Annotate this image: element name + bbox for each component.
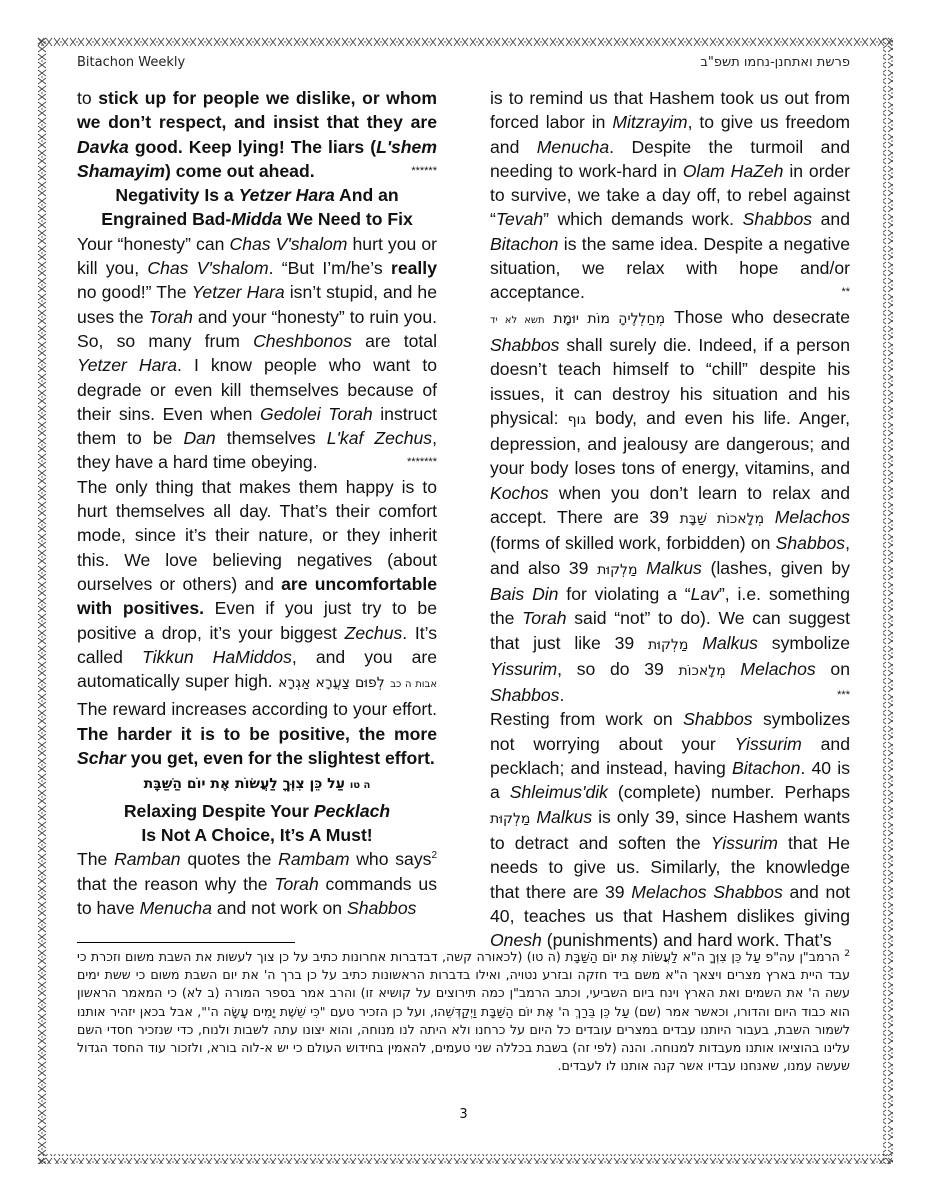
section-heading: עַל כֵּן צִוְּךָ לַעֲשׂוֹת אֶת יוֹם הַשַ… xyxy=(77,770,437,847)
italic-term: Zechus xyxy=(345,623,403,643)
italic-term: Rambam xyxy=(278,849,349,869)
italic-term: L'kaf Zechus xyxy=(327,428,432,448)
italic-term: Schar xyxy=(77,748,126,768)
italic-term: Malkus xyxy=(646,558,702,578)
italic-term: Olam HaZeh xyxy=(683,161,784,181)
paragraph: The only thing that makes them happy is … xyxy=(77,475,437,771)
hebrew-source-ref: תשא לא יד xyxy=(490,315,545,326)
section-separator: *** xyxy=(837,683,850,707)
footnote: 2 הרמב"ן עה"פ עַל כֵּן צִוְּךָ ה"א לַעֲש… xyxy=(77,948,850,1075)
italic-term: Ramban xyxy=(114,849,181,869)
italic-term: Shabbos xyxy=(743,209,812,229)
italic-term: Lav xyxy=(691,584,719,604)
italic-term: Shabbos xyxy=(683,709,752,729)
hebrew-word: גוף xyxy=(568,412,587,428)
text: symbolize xyxy=(758,633,850,653)
text: . xyxy=(559,685,564,705)
italic-term: Yetzer Hara xyxy=(192,282,285,302)
hebrew-word: מַלְקוּת xyxy=(648,637,688,653)
text: (lashes, given by xyxy=(702,558,850,578)
paragraph: Resting from work on Shabbos symbolizes … xyxy=(490,707,850,952)
footnote-marker: 2 xyxy=(844,949,850,959)
footnote-separator xyxy=(77,942,295,943)
section-separator: ******* xyxy=(407,450,437,474)
italic-term: Shabbos xyxy=(776,533,845,553)
hebrew-quote: לְפוּם צַעֲרָא אַגְרָא xyxy=(278,675,385,691)
text: , so do 39 xyxy=(557,659,678,679)
italic-term: Yissurim xyxy=(711,833,778,853)
text: and xyxy=(812,209,850,229)
italic-term: Yissurim xyxy=(735,734,802,754)
paragraph: Your “honesty” can Chas V'shalom hurt yo… xyxy=(77,232,437,475)
bold-text: you get, even for the slightest effort. xyxy=(126,748,435,768)
text: quotes the xyxy=(181,849,279,869)
text: for violating a “ xyxy=(558,584,690,604)
section-separator: ****** xyxy=(411,159,437,183)
italic-term: Torah xyxy=(274,874,318,894)
italic-term: Shabbos xyxy=(490,335,559,355)
paragraph: The Ramban quotes the Rambam who says2 t… xyxy=(77,847,437,920)
text: ” which demands work. xyxy=(543,209,742,229)
hebrew-word: מְלָאכוֹת שַׁבָּת xyxy=(680,511,765,527)
italic-term: Malkus xyxy=(536,807,592,827)
page-number: 3 xyxy=(0,1107,927,1122)
footnote-text: הרמב"ן עה"פ עַל כֵּן צִוְּךָ ה"א לַעֲשׂו… xyxy=(77,949,850,1073)
hebrew-word: מַלְקוּת xyxy=(597,562,637,578)
italic-term: Torah xyxy=(149,307,193,327)
hebrew-word: מַלְקוּת xyxy=(490,811,530,827)
italic-term: Melachos Shabbos xyxy=(631,882,782,902)
section-separator: ** xyxy=(841,280,850,304)
text: are total xyxy=(352,331,437,351)
text: Your “honesty” can xyxy=(77,234,229,254)
text: . “But I’m/he’s xyxy=(269,258,391,278)
paragraph: to stick up for people we dislike, or wh… xyxy=(77,86,437,183)
heading-italic: Yetzer Hara xyxy=(239,185,335,205)
hebrew-source-ref: ה טו xyxy=(350,780,371,791)
parsha-title: פרשת ואתחנן-נחמו תשפ"ב xyxy=(700,55,850,70)
italic-term: Tevah xyxy=(496,209,543,229)
bold-text: good. Keep lying! The liars ( xyxy=(129,137,376,157)
italic-term: Bais Din xyxy=(490,584,558,604)
paragraph: is to remind us that Hashem took us out … xyxy=(490,86,850,305)
heading-italic: Pecklach xyxy=(314,801,390,821)
text: (complete) number. Perhaps xyxy=(608,782,850,802)
text: The reward increases according to your e… xyxy=(77,699,437,719)
italic-term: Menucha xyxy=(140,898,212,918)
bold-text: stick up for people we dislike, or whom … xyxy=(77,88,437,132)
italic-term: Kochos xyxy=(490,483,549,503)
footnote-reference[interactable]: 2 xyxy=(431,850,437,861)
hebrew-quote: מְחַלְלֶיהָ מוֹת יוּמָת xyxy=(553,311,665,327)
text: on xyxy=(816,659,850,679)
italic-term: Chas V'shalom xyxy=(229,234,347,254)
italic-term: Menucha xyxy=(537,137,609,157)
italic-term: Davka xyxy=(77,137,129,157)
text: to xyxy=(77,88,98,108)
section-heading: Negativity Is a Yetzer Hara And an Engra… xyxy=(77,183,437,232)
heading-text: Relaxing Despite Your xyxy=(124,801,314,821)
italic-term: Melachos xyxy=(775,507,850,527)
text: themselves xyxy=(216,428,327,448)
paragraph: תשא לא יד מְחַלְלֶיהָ מוֹת יוּמָת Those … xyxy=(490,305,850,708)
italic-term: Melachos xyxy=(740,659,815,679)
italic-term: Malkus xyxy=(702,633,758,653)
heading-text: Is Not A Choice, It’s A Must! xyxy=(141,825,372,845)
italic-term: Shabbos xyxy=(490,685,559,705)
page-header: Bitachon Weekly פרשת ואתחנן-נחמו תשפ"ב xyxy=(77,55,850,75)
hebrew-source-ref: אבות ה כב xyxy=(390,679,437,690)
right-column: is to remind us that Hashem took us out … xyxy=(490,86,850,952)
text: Resting from work on xyxy=(490,709,683,729)
text: The xyxy=(77,849,114,869)
text: Those who desecrate xyxy=(665,307,850,327)
text: that the reason why the xyxy=(77,874,274,894)
italic-term: Dan xyxy=(183,428,215,448)
bold-text: ) come out ahead. xyxy=(165,161,315,181)
italic-term: Cheshbonos xyxy=(253,331,352,351)
italic-term: Tikkun HaMiddos xyxy=(142,647,292,667)
italic-term: Yissurim xyxy=(490,659,557,679)
heading-text: We Need to Fix xyxy=(282,209,413,229)
italic-term: Shabbos xyxy=(347,898,416,918)
italic-term: Bitachon xyxy=(490,234,558,254)
heading-text: Negativity Is a xyxy=(115,185,238,205)
text: (forms of skilled work, forbidden) on xyxy=(490,533,776,553)
publication-title: Bitachon Weekly xyxy=(77,55,185,70)
italic-term: Mitzrayim xyxy=(612,112,687,132)
bold-text: The harder it is to be positive, the mor… xyxy=(77,724,437,744)
bold-text: really xyxy=(391,258,437,278)
italic-term: Torah xyxy=(522,608,566,628)
text: and not work on xyxy=(212,898,347,918)
hebrew-verse: עַל כֵּן צִוְּךָ לַעֲשׂוֹת אֶת יוֹם הַשַ… xyxy=(144,776,345,792)
italic-term: Bitachon xyxy=(732,758,800,778)
hebrew-word: מְלָאכוֹת xyxy=(678,663,725,679)
left-column: to stick up for people we dislike, or wh… xyxy=(77,86,437,920)
italic-term: Yetzer Hara xyxy=(77,355,177,375)
italic-term: Shleimus'dik xyxy=(510,782,608,802)
italic-term: Chas V'shalom xyxy=(147,258,268,278)
text: no good!” The xyxy=(77,282,192,302)
heading-italic: Midda xyxy=(231,209,282,229)
text: who says xyxy=(349,849,431,869)
italic-term: Gedolei Torah xyxy=(260,404,373,424)
